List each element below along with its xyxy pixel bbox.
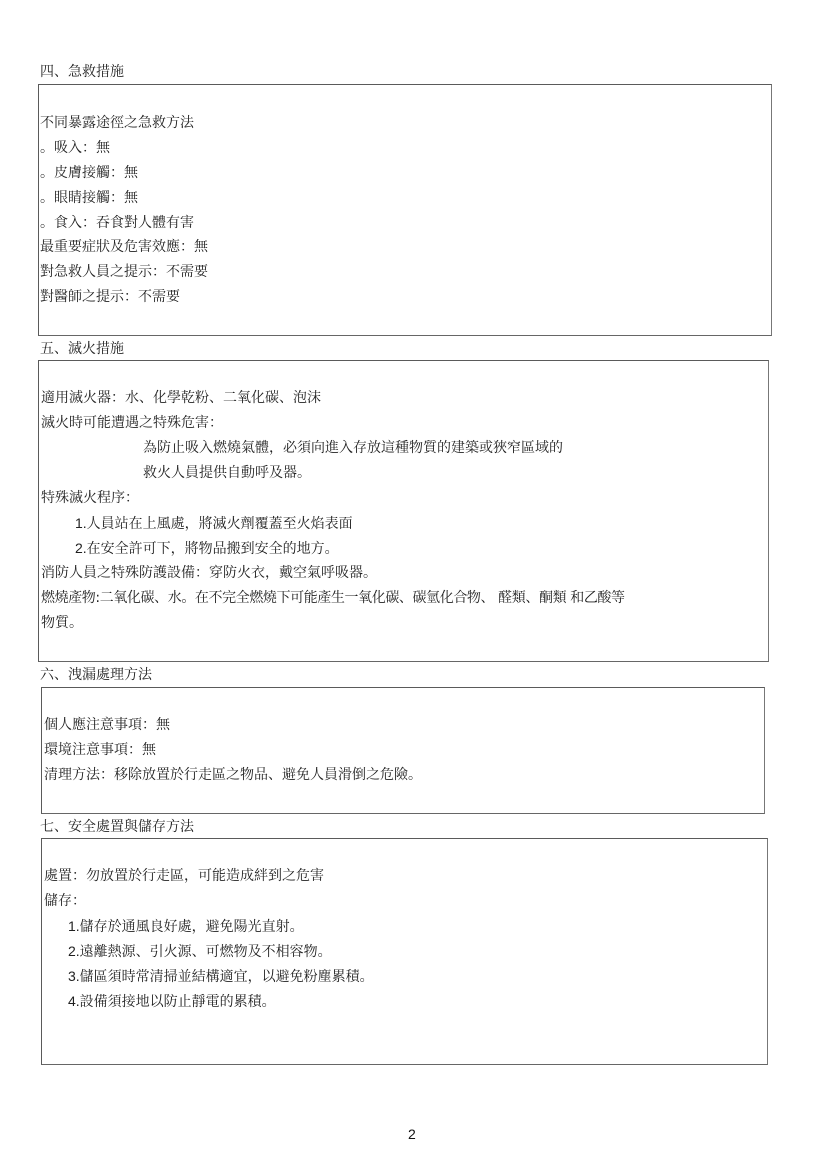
spill-handling-line: 個人應注意事項：無	[44, 716, 170, 734]
section-heading-spill-handling: 六、洩漏處理方法	[40, 666, 152, 684]
first-aid-line: 。皮膚接觸：無	[40, 164, 138, 182]
first-aid-line: 最重要症狀及危害效應：無	[40, 238, 208, 256]
page-number: 2	[408, 1126, 416, 1142]
section-heading-handling-storage: 七、安全處置與儲存方法	[40, 818, 194, 836]
fire-fighting-line: 消防人員之特殊防護設備：穿防火衣，戴空氣呼吸器。	[41, 564, 377, 582]
section-heading-fire-fighting: 五、滅火措施	[40, 340, 124, 358]
first-aid-line: 對急救人員之提示：不需要	[40, 263, 208, 281]
handling-storage-line: 3.儲區須時常清掃並結構適宜，以避免粉塵累積。	[68, 967, 374, 985]
first-aid-line: 。吸入：無	[40, 139, 110, 157]
fire-fighting-line: 滅火時可能遭遇之特殊危害：	[41, 414, 223, 432]
fire-fighting-line: 燃燒產物:二氧化碳、水。在不完全燃燒下可能產生一氧化碳、碳氫化合物、 醛類、酮類…	[41, 589, 625, 607]
first-aid-line: 。眼睛接觸：無	[40, 189, 138, 207]
fire-fighting-line: 2.在安全許可下，將物品搬到安全的地方。	[75, 539, 339, 557]
fire-fighting-line: 1.人員站在上風處，將滅火劑覆蓋至火焰表面	[75, 514, 353, 532]
first-aid-line: 對醫師之提示：不需要	[40, 288, 180, 306]
fire-fighting-line: 物質。	[41, 614, 83, 632]
handling-storage-line: 儲存：	[44, 892, 86, 910]
handling-storage-line: 4.設備須接地以防止靜電的累積。	[68, 992, 276, 1010]
spill-handling-line: 環境注意事項：無	[44, 741, 156, 759]
fire-fighting-line: 為防止吸入燃燒氣體，必須向進入存放這種物質的建築或狹窄區域的	[143, 439, 563, 457]
fire-fighting-line: 救火人員提供自動呼及器。	[143, 464, 311, 482]
first-aid-line: 。食入：吞食對人體有害	[40, 214, 194, 232]
fire-fighting-line: 特殊滅火程序：	[41, 489, 139, 507]
handling-storage-line: 1.儲存於通風良好處，避免陽光直射。	[68, 917, 304, 935]
first-aid-line: 不同暴露途徑之急救方法	[40, 114, 194, 132]
fire-fighting-line: 適用滅火器：水、化學乾粉、二氧化碳、泡沫	[41, 389, 321, 407]
spill-handling-line: 清理方法：移除放置於行走區之物品、避免人員滑倒之危險。	[44, 766, 422, 784]
section-heading-first-aid: 四、急救措施	[40, 63, 124, 81]
handling-storage-line: 2.遠離熱源、引火源、可燃物及不相容物。	[68, 942, 332, 960]
handling-storage-line: 處置：勿放置於行走區，可能造成絆到之危害	[44, 867, 324, 885]
